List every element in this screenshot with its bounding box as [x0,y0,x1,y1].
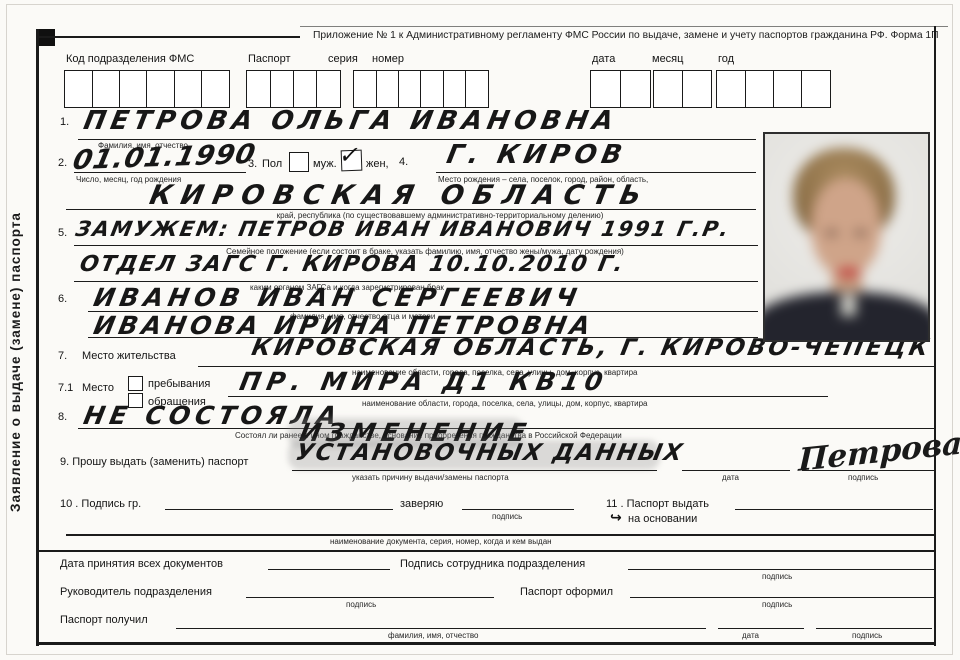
basis-label: на основании [628,513,697,525]
grid-cell [420,70,444,108]
field4-line2 [66,209,756,210]
field5-zags-value: ОТДЕЛ ЗАГС Г. КИРОВА 10.10.2010 Г. [78,252,628,277]
field9-line [292,470,657,471]
field2-number: 2. [58,157,67,169]
field6-number: 6. [58,293,67,305]
grid-cell [590,70,621,108]
grid-cell [64,70,93,108]
field10-number: 10 . [60,498,78,510]
field7-1-caption: наименование области, города, поселка, с… [362,399,648,408]
issued-sign-caption: подпись [762,600,792,609]
field7-1-line [228,396,828,397]
grid-cell [353,70,377,108]
field10-line [165,509,393,510]
field1-line [78,139,756,140]
verify-line [462,509,574,510]
grid-cell [174,70,203,108]
form-side-title: Заявление о выдаче (замене) паспорта [8,182,23,512]
year-boxes [718,70,831,108]
field7-1-address-value: ПР. МИРА Д1 КВ10 [237,367,611,396]
grid-cell [716,70,746,108]
received-fio-caption: фамилия, имя, отчество [388,631,479,640]
field10-label: Подпись гр. [81,498,141,510]
stay-checkbox [128,376,143,391]
field7-1-label: Место [82,382,114,394]
fms-code-boxes [66,70,230,108]
stay-label: пребывания [148,378,210,390]
grid-cell [773,70,803,108]
field9-date-caption: дата [722,473,739,482]
year-label: год [718,53,734,65]
field4-number: 4. [399,156,408,168]
grid-cell [201,70,230,108]
male-checkbox [289,152,309,172]
employee-sign-label: Подпись сотрудника подразделения [400,558,585,570]
docs-accepted-line [268,569,390,570]
series-label: серия [328,53,358,65]
grid-cell [246,70,271,108]
field7-number: 7. [58,350,67,362]
issued-line [630,597,934,598]
field4-region-value: КИРОВСКАЯ ОБЛАСТЬ [147,180,653,211]
field11-label: Паспорт выдать [627,498,709,510]
head-label: Руководитель подразделения [60,586,212,598]
grid-cell [465,70,489,108]
photo-eye-left [825,230,838,236]
field9-label-full: 9. Прошу выдать (заменить) паспорт [60,456,248,468]
received-line [176,628,706,629]
grid-cell [801,70,831,108]
head-sign-caption: подпись [346,600,376,609]
fms-code-label: Код подразделения ФМС [66,53,194,65]
grid-cell [682,70,712,108]
male-label: муж. [313,158,337,170]
field3-number: 3. [248,158,257,170]
number-label: номер [372,53,404,65]
document-line [66,534,934,536]
field9-number: 9. [60,456,69,468]
applicant-photo-blur [763,132,930,342]
arrow-icon: ↪ [610,510,622,526]
field1-fullname-value: ПЕТРОВА ОЛЬГА ИВАНОВНА [81,106,621,136]
field2-birthdate-value: 01.01.1990 [70,139,259,176]
grid-cell [92,70,121,108]
border-right [934,26,936,646]
photo-face [811,178,881,276]
field11-line [735,509,933,510]
grid-cell [745,70,775,108]
head-line [246,597,494,598]
form-header: Приложение № 1 к Административному регла… [313,30,945,41]
received-sign-line [816,628,932,629]
field7-label: Место жительства [82,350,176,362]
field9-label: Прошу выдать (заменить) паспорт [72,456,248,468]
field6-father-value: ИВАНОВ ИВАН СЕРГЕЕВИЧ [91,283,584,312]
female-label: жен, [366,158,389,170]
field5-line2 [74,281,758,282]
field9-date-line [682,470,790,471]
field5-marital-value: ЗАМУЖЕМ: ПЕТРОВ ИВАН ИВАНОВИЧ 1991 Г.Р. [74,217,733,241]
verify-sign-caption: подпись [492,512,522,521]
passport-application-scan: Приложение № 1 к Административному регла… [0,0,960,660]
field9-caption: указать причину выдачи/замены паспорта [352,473,509,482]
border-bottom [36,642,936,645]
field10-label-full: 10 . Подпись гр. [60,498,141,510]
grid-cell [653,70,683,108]
photo-collar [841,294,856,316]
grid-cell [316,70,341,108]
border-left [36,29,39,646]
month-label: месяц [652,53,683,65]
document-caption: наименование документа, серия, номер, ко… [330,537,552,546]
grid-cell [119,70,148,108]
passport-number-boxes [355,70,489,108]
passport-series-boxes [248,70,341,108]
field1-number: 1. [60,116,69,128]
grid-cell [270,70,295,108]
grid-cell [146,70,175,108]
field9-reason-line2: УСТАНОВОЧНЫХ ДАННЫХ [293,440,686,466]
grid-cell [293,70,318,108]
field8-number: 8. [58,411,67,423]
received-date-caption: дата [742,631,759,640]
applicant-photo [763,132,930,342]
date-label: дата [592,53,615,65]
employee-sign-line [628,569,934,570]
field9-sign-caption: подпись [848,473,878,482]
section-divider [36,550,935,552]
passport-label: Паспорт [248,53,291,65]
docs-accepted-label: Дата принятия всех документов [60,558,223,570]
field4-birthplace-value: Г. КИРОВ [444,140,629,170]
field7-1-number: 7.1 [58,382,73,394]
border-top-left [36,36,300,38]
photo-lips [837,268,860,277]
employee-sign-caption: подпись [762,572,792,581]
border-top-right [300,26,948,27]
field5-line [74,245,758,246]
field4-line [436,172,756,173]
received-label: Паспорт получил [60,614,148,626]
sex-label: Пол [262,158,282,170]
verify-label: заверяю [400,498,443,510]
date-boxes [592,70,651,108]
photo-eye-right [854,230,867,236]
received-sign-caption: подпись [852,631,882,640]
grid-cell [620,70,651,108]
grid-cell [443,70,467,108]
received-date-line [718,628,804,629]
field11-number: 11 . [606,498,624,510]
field5-number: 5. [58,227,67,239]
field2-line [74,172,246,173]
month-boxes [655,70,712,108]
issued-label: Паспорт оформил [520,586,613,598]
grid-cell [376,70,400,108]
field11-label-full: 11 . Паспорт выдать [606,498,709,510]
grid-cell [398,70,422,108]
